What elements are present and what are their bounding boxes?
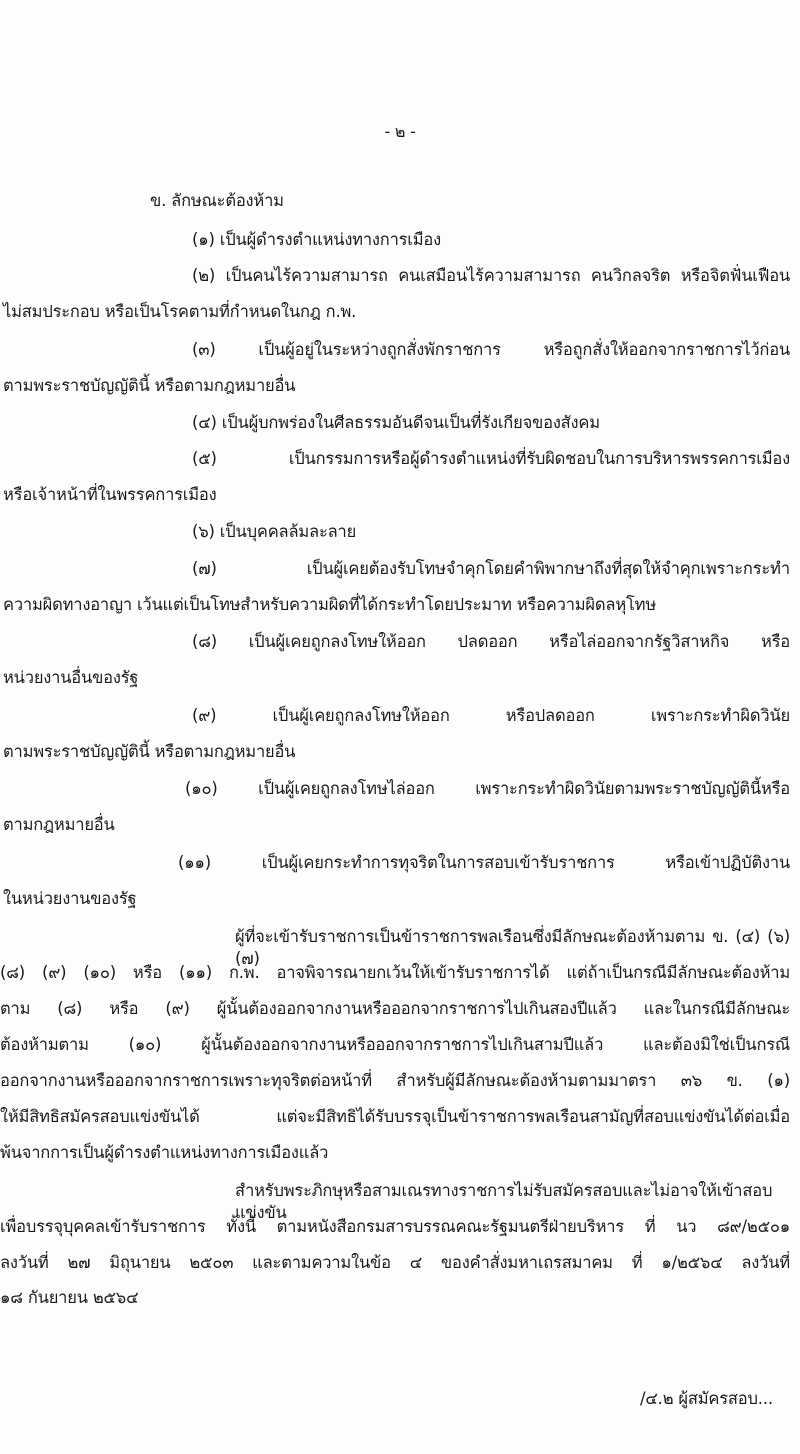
item-1: (๑) เป็นผู้ดำรงตำแหน่งทางการเมือง bbox=[192, 229, 441, 251]
exemption-line-6: ให้มีสิทธิสมัครสอบแข่งขันได้ แต่จะมีสิทธ… bbox=[0, 1106, 790, 1128]
item-10-line-2: ตามกฎหมายอื่น bbox=[3, 814, 115, 836]
item-10-line-1: (๑๐) เป็นผู้เคยถูกลงโทษไล่ออก เพราะกระทำ… bbox=[185, 778, 790, 800]
item-3-line-1: (๓) เป็นผู้อยู่ในระหว่างถูกสั่งพักราชการ… bbox=[192, 339, 790, 361]
item-8-line-2: หน่วยงานอื่นของรัฐ bbox=[3, 667, 138, 689]
item-7-line-2: ความผิดทางอาญา เว้นแต่เป็นโทษสำหรับความผ… bbox=[3, 594, 656, 616]
exemption-line-2: (๘) (๙) (๑๐) หรือ (๑๑) ก.พ. อาจพิจารณายก… bbox=[0, 962, 790, 984]
item-5-line-1: (๕) เป็นกรรมการหรือผู้ดำรงตำแหน่งที่รับผ… bbox=[192, 448, 790, 470]
continuation-note: /๔.๒ ผู้สมัครสอบ... bbox=[640, 1388, 773, 1410]
item-11-line-2: ในหน่วยงานของรัฐ bbox=[3, 888, 136, 910]
exemption-line-5: ออกจากงานหรือออกจากราชการเพราะทุจริตต่อห… bbox=[0, 1070, 790, 1092]
document-page: - ๒ - ข. ลักษณะต้องห้าม (๑) เป็นผู้ดำรงต… bbox=[0, 0, 800, 1454]
section-heading: ข. ลักษณะต้องห้าม bbox=[150, 190, 284, 212]
item-7-line-1: (๗) เป็นผู้เคยต้องรับโทษจำคุกโดยคำพิพากษ… bbox=[192, 558, 790, 580]
item-11-line-1: (๑๑) เป็นผู้เคยกระทำการทุจริตในการสอบเข้… bbox=[178, 852, 790, 874]
item-5-line-2: หรือเจ้าหน้าที่ในพรรคการเมือง bbox=[3, 484, 217, 506]
monks-line-4: ๑๘ กันยายน ๒๕๖๔ bbox=[0, 1287, 138, 1309]
item-6: (๖) เป็นบุคคลล้มละลาย bbox=[192, 521, 356, 543]
monks-line-2: เพื่อบรรจุบุคคลเข้ารับราชการ ทั้งนี้ ตาม… bbox=[0, 1216, 790, 1238]
exemption-line-4: ต้องห้ามตาม (๑๐) ผู้นั้นต้องออกจากงานหรื… bbox=[0, 1034, 790, 1056]
item-2-line-2: ไม่สมประกอบ หรือเป็นโรคตามที่กำหนดในกฎ ก… bbox=[3, 301, 356, 323]
item-4: (๔) เป็นผู้บกพร่องในศีลธรรมอันดีจนเป็นที… bbox=[192, 412, 600, 434]
monks-line-3: ลงวันที่ ๒๗ มิถุนายน ๒๕๐๓ และตามความในข้… bbox=[0, 1252, 790, 1274]
page-number: - ๒ - bbox=[0, 121, 800, 143]
item-9-line-1: (๙) เป็นผู้เคยถูกลงโทษให้ออก หรือปลดออก … bbox=[192, 705, 790, 727]
item-8-line-1: (๘) เป็นผู้เคยถูกลงโทษให้ออก ปลดออก หรือ… bbox=[192, 631, 790, 653]
item-9-line-2: ตามพระราชบัญญัตินี้ หรือตามกฎหมายอื่น bbox=[3, 741, 295, 763]
exemption-line-7: พ้นจากการเป็นผู้ดำรงตำแหน่งทางการเมืองแล… bbox=[0, 1142, 328, 1164]
exemption-line-3: ตาม (๘) หรือ (๙) ผู้นั้นต้องออกจากงานหรื… bbox=[0, 998, 790, 1020]
item-2-line-1: (๒) เป็นคนไร้ความสามารถ คนเสมือนไร้ความส… bbox=[192, 265, 790, 287]
item-3-line-2: ตามพระราชบัญญัตินี้ หรือตามกฎหมายอื่น bbox=[3, 375, 295, 397]
